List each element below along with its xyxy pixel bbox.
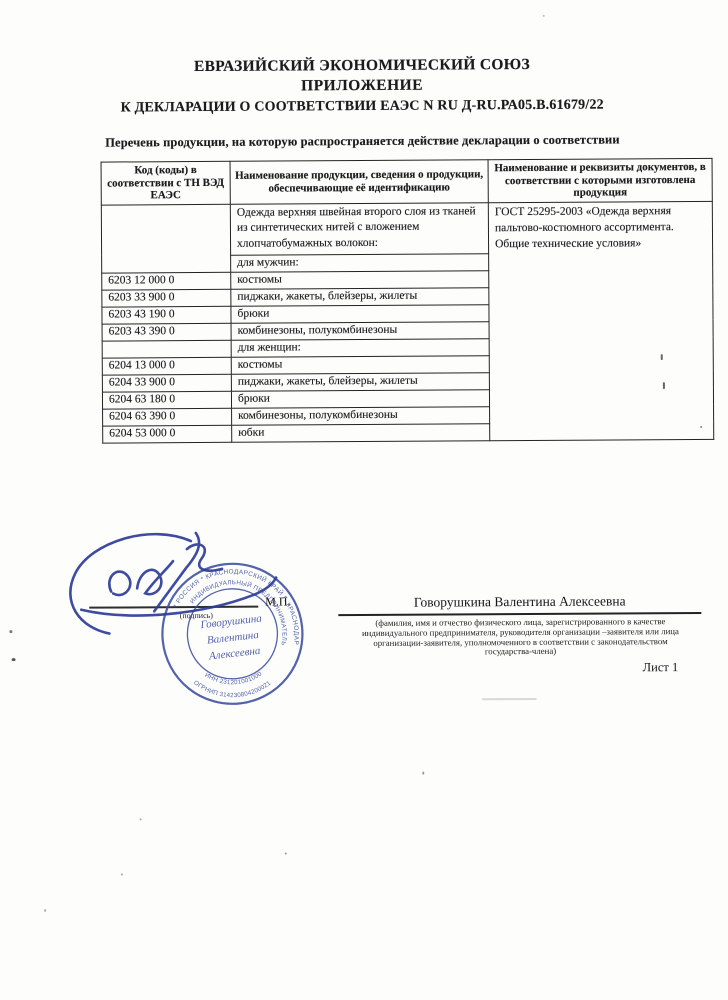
declarant-name: Говорушкина Валентина Алексеевна bbox=[338, 593, 701, 611]
handwritten-signature-icon bbox=[51, 520, 287, 656]
products-table: Код (коды) в соответствии с ТН ВЭД ЕАЭС … bbox=[101, 158, 715, 443]
scan-artifact bbox=[482, 698, 537, 700]
scan-artifact bbox=[661, 354, 663, 360]
cell-product: брюки bbox=[231, 389, 489, 408]
cell-product: комбинезоны, полукомбинезоны bbox=[231, 321, 489, 340]
col-header-documents: Наименование и реквизиты документов, в с… bbox=[488, 158, 712, 202]
cell-product: пиджаки, жакеты, блейзеры, жилеты bbox=[231, 287, 489, 306]
document-page: ЕВРАЗИЙСКИЙ ЭКОНОМИЧЕСКИЙ СОЮЗ ПРИЛОЖЕНИ… bbox=[0, 0, 728, 1000]
cell-code-empty bbox=[101, 204, 230, 273]
scanned-content: ЕВРАЗИЙСКИЙ ЭКОНОМИЧЕСКИЙ СОЮЗ ПРИЛОЖЕНИ… bbox=[0, 0, 728, 1000]
table-header-row: Код (коды) в соответствии с ТН ВЭД ЕАЭС … bbox=[101, 158, 712, 204]
cell-code bbox=[102, 340, 231, 358]
stamp-inn-text: ИНН 231201001000 bbox=[203, 665, 265, 689]
col-header-code: Код (коды) в соответствии с ТН ВЭД ЕАЭС bbox=[101, 161, 230, 204]
page-subtitle: ПРИЛОЖЕНИЕ bbox=[0, 75, 726, 97]
product-list-caption: Перечень продукции, на которую распростр… bbox=[0, 132, 726, 151]
scan-artifact bbox=[12, 658, 16, 661]
cell-code: 6203 33 900 0 bbox=[102, 289, 231, 307]
cell-code: 6204 63 180 0 bbox=[102, 391, 231, 409]
scan-artifact bbox=[422, 772, 424, 775]
cell-product: комбинезоны, полукомбинезоны bbox=[232, 406, 490, 425]
caption-line: государства-члена) bbox=[336, 646, 706, 658]
declarant-caption: (фамилия, имя и отчество физического лиц… bbox=[335, 617, 705, 658]
scan-artifact bbox=[700, 426, 702, 428]
scan-artifact bbox=[9, 630, 12, 633]
page-title: ЕВРАЗИЙСКИЙ ЭКОНОМИЧЕСКИЙ СОЮЗ bbox=[0, 55, 726, 77]
cell-product: юбки bbox=[232, 423, 490, 442]
cell-code: 6204 13 000 0 bbox=[102, 357, 231, 375]
cell-product: костюмы bbox=[231, 355, 489, 374]
cell-product: пиджаки, жакеты, блейзеры, жилеты bbox=[231, 372, 489, 391]
cell-product-description: Одежда верхняя швейная второго слоя из т… bbox=[230, 202, 488, 255]
table-row: Одежда верхняя швейная второго слоя из т… bbox=[101, 201, 712, 256]
scan-artifact bbox=[121, 873, 123, 875]
cell-code: 6203 43 190 0 bbox=[102, 306, 231, 324]
cell-product: костюмы bbox=[231, 270, 489, 289]
scan-artifact bbox=[663, 382, 665, 389]
col-header-product: Наименование продукции, сведения о проду… bbox=[230, 160, 488, 204]
cell-product: брюки bbox=[231, 304, 489, 323]
declaration-number: К ДЕКЛАРАЦИИ О СООТВЕТСТВИИ ЕАЭС N RU Д-… bbox=[0, 97, 726, 117]
cell-code: 6204 53 000 0 bbox=[103, 425, 232, 443]
declarant-name-underline bbox=[338, 612, 701, 616]
sheet-number: Лист 1 bbox=[643, 660, 679, 675]
scan-artifact bbox=[285, 852, 287, 854]
cell-code: 6203 43 390 0 bbox=[102, 323, 231, 341]
document-header: ЕВРАЗИЙСКИЙ ЭКОНОМИЧЕСКИЙ СОЮЗ ПРИЛОЖЕНИ… bbox=[0, 55, 726, 117]
scan-artifact bbox=[44, 909, 46, 912]
cell-code: 6203 12 000 0 bbox=[102, 272, 231, 290]
cell-code: 6204 33 900 0 bbox=[102, 374, 231, 392]
scan-artifact bbox=[140, 818, 142, 820]
cell-code: 6204 63 390 0 bbox=[103, 408, 232, 426]
cell-group-men: для мужчин: bbox=[231, 253, 489, 272]
cell-group-women: для женщин: bbox=[231, 338, 489, 357]
scan-artifact bbox=[543, 15, 545, 17]
mp-label: М.П. bbox=[265, 594, 290, 609]
cell-gost-document: ГОСТ 25295-2003 «Одежда верхняя пальтово… bbox=[488, 201, 713, 440]
